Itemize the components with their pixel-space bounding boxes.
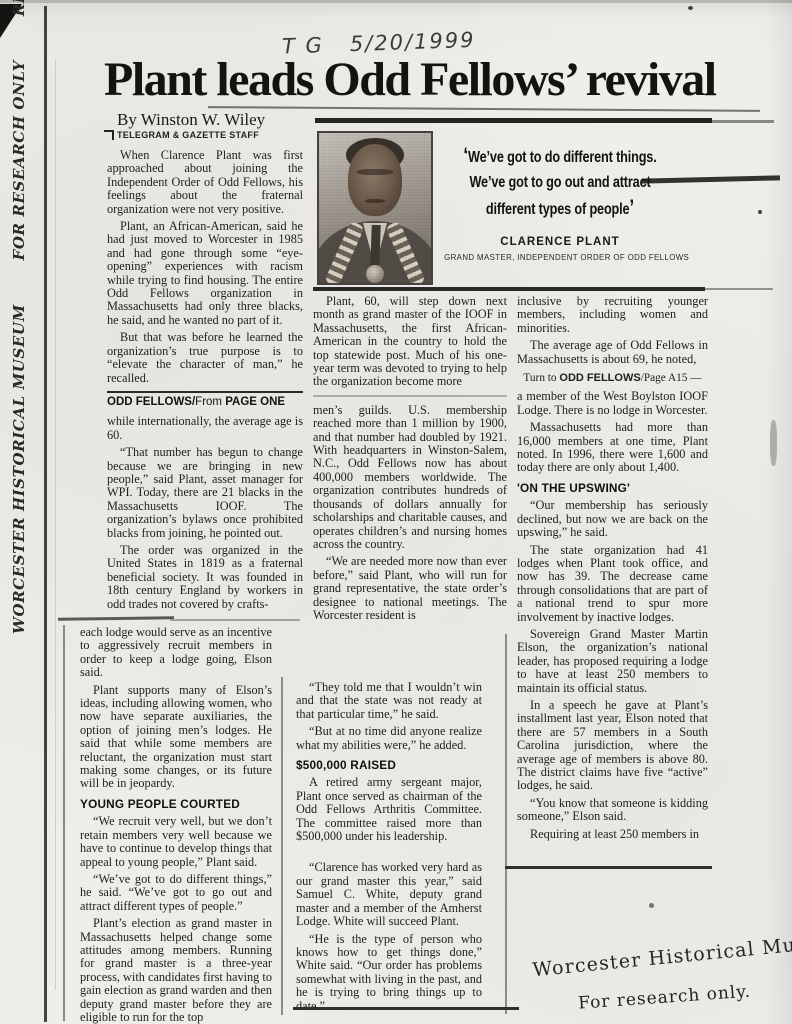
clipping-tear-line [58, 616, 174, 620]
paragraph: A retired army sergeant major, Plant onc… [296, 776, 482, 843]
paragraph: Plant, an African-American, said he had … [107, 220, 303, 327]
section-rule [313, 287, 705, 291]
section-subhead: 'ON THE UPSWING' [517, 482, 708, 495]
stamp-phrase-permission: REPRODUCTION BY PERMISSION [10, 0, 28, 16]
column-end-rule [293, 1007, 519, 1010]
ink-smudge [770, 420, 777, 466]
section-subhead: YOUNG PEOPLE COURTED [80, 798, 272, 811]
paragraph: “Clarence has worked very hard as our gr… [296, 861, 482, 928]
paragraph: When Clarence Plant was first approached… [107, 149, 303, 216]
paragraph: Plant’s election as grand master in Mass… [80, 917, 272, 1024]
pull-quote-line: We’ve got to go out and attract [460, 170, 660, 195]
column-divider [281, 677, 283, 1015]
paragraph: while internationally, the average age i… [107, 415, 303, 442]
paragraph: In a speech he gave at Plant’s installme… [517, 699, 708, 793]
paragraph: Plant supports many of Elson’s ideas, in… [80, 684, 272, 791]
pull-quote-attribution-title: GRAND MASTER, INDEPENDENT ORDER OF ODD F… [444, 252, 676, 262]
section-subhead: $500,000 RAISED [296, 759, 482, 772]
ink-speck [649, 903, 654, 908]
article-column-left: When Clarence Plant was first approached… [107, 149, 303, 615]
article-column-middle: Plant, 60, will step down next month as … [313, 295, 507, 625]
byline-corner-mark [104, 130, 114, 140]
ink-speck [758, 210, 762, 214]
paragraph: a member of the West Boylston IOOF Lodge… [517, 390, 708, 417]
article-column-right: inclusive by recruiting younger members,… [517, 295, 708, 867]
clipping-tear-line [170, 619, 300, 621]
paragraph: The state organization had 41 lodges whe… [517, 544, 708, 624]
byline: By Winston W. Wiley [117, 110, 337, 130]
museum-stamp-line2: For research only. [578, 978, 792, 1013]
headline-rule [315, 118, 712, 123]
paragraph: “We’ve got to do different things,” he s… [80, 873, 272, 913]
portrait-photo [317, 131, 433, 285]
pull-quote-attribution: CLARENCE PLANT [438, 236, 682, 248]
article-column-bottom-left: each lodge would serve as an incentive t… [80, 626, 272, 1024]
scanner-top-edge [0, 0, 792, 3]
clipping-edge-line [63, 625, 65, 1021]
stamp-phrase-research: FOR RESEARCH ONLY [10, 60, 28, 260]
paragraph: But that was before he learned the organ… [107, 331, 303, 385]
paragraph: Sovereign Grand Master Martin Elson, the… [517, 628, 708, 695]
paragraph: The average age of Odd Fellows in Massac… [517, 339, 708, 366]
paragraph: Plant, 60, will step down next month as … [313, 295, 507, 389]
paragraph: Requiring at least 250 members in [517, 828, 708, 841]
paragraph: “We recruit very well, but we don’t reta… [80, 815, 272, 869]
pull-quote: ‘We’ve got to do different things. We’ve… [438, 143, 682, 262]
pull-quote-line: ‘We’ve got to do different things. [460, 143, 660, 170]
paper-edge-line [55, 60, 56, 990]
paragraph: each lodge would serve as an incentive t… [80, 626, 272, 680]
paragraph: “We are needed more now than ever before… [313, 555, 507, 622]
paragraph: “Our membership has seriously declined, … [517, 499, 708, 539]
continuation-kicker: ODD FELLOWS/From PAGE ONE [107, 391, 303, 409]
clipping-tear-line [313, 395, 507, 397]
paragraph: inclusive by recruiting younger members,… [517, 295, 708, 335]
headline: Plant leads Odd Fellows’ revival [104, 52, 744, 107]
paragraph: “He is the type of person who knows how … [296, 933, 482, 1012]
archive-margin-stamp: WORCESTER HISTORICAL MUSEUM FOR RESEARCH… [10, 59, 36, 634]
column-end-rule [505, 866, 712, 869]
paragraph: The order was organized in the United St… [107, 544, 303, 611]
article-column-bottom-middle: “They told me that I wouldn’t win and th… [296, 681, 482, 1011]
byline-organization: TELEGRAM & GAZETTE STAFF [117, 130, 347, 140]
turn-to-line: Turn to ODD FELLOWS/Page A15 — [517, 372, 708, 385]
column-divider [505, 634, 507, 1014]
paragraph: Massachusetts had more than 16,000 membe… [517, 421, 708, 475]
ink-speck [688, 6, 693, 10]
paragraph: “But at no time did anyone realize what … [296, 725, 482, 752]
paragraph: men’s guilds. U.S. membership reached mo… [313, 404, 507, 551]
section-rule-tail [705, 288, 773, 290]
paragraph: “That number has begun to change because… [107, 446, 303, 540]
museum-stamp-line1: Worcester Historical Museum [532, 929, 792, 982]
pull-quote-line: different types of people’ [460, 195, 660, 222]
right-edge-shade [764, 0, 792, 1024]
close-quote-mark: ’ [629, 196, 634, 219]
photo-grain-overlay [319, 133, 431, 283]
paragraph: “You know that someone is kidding someon… [517, 797, 708, 824]
paragraph: “They told me that I wouldn’t win and th… [296, 681, 482, 721]
margin-rule-line [44, 6, 47, 1022]
headline-rule-tail [712, 120, 774, 123]
stamp-phrase-museum: WORCESTER HISTORICAL MUSEUM [10, 304, 28, 634]
